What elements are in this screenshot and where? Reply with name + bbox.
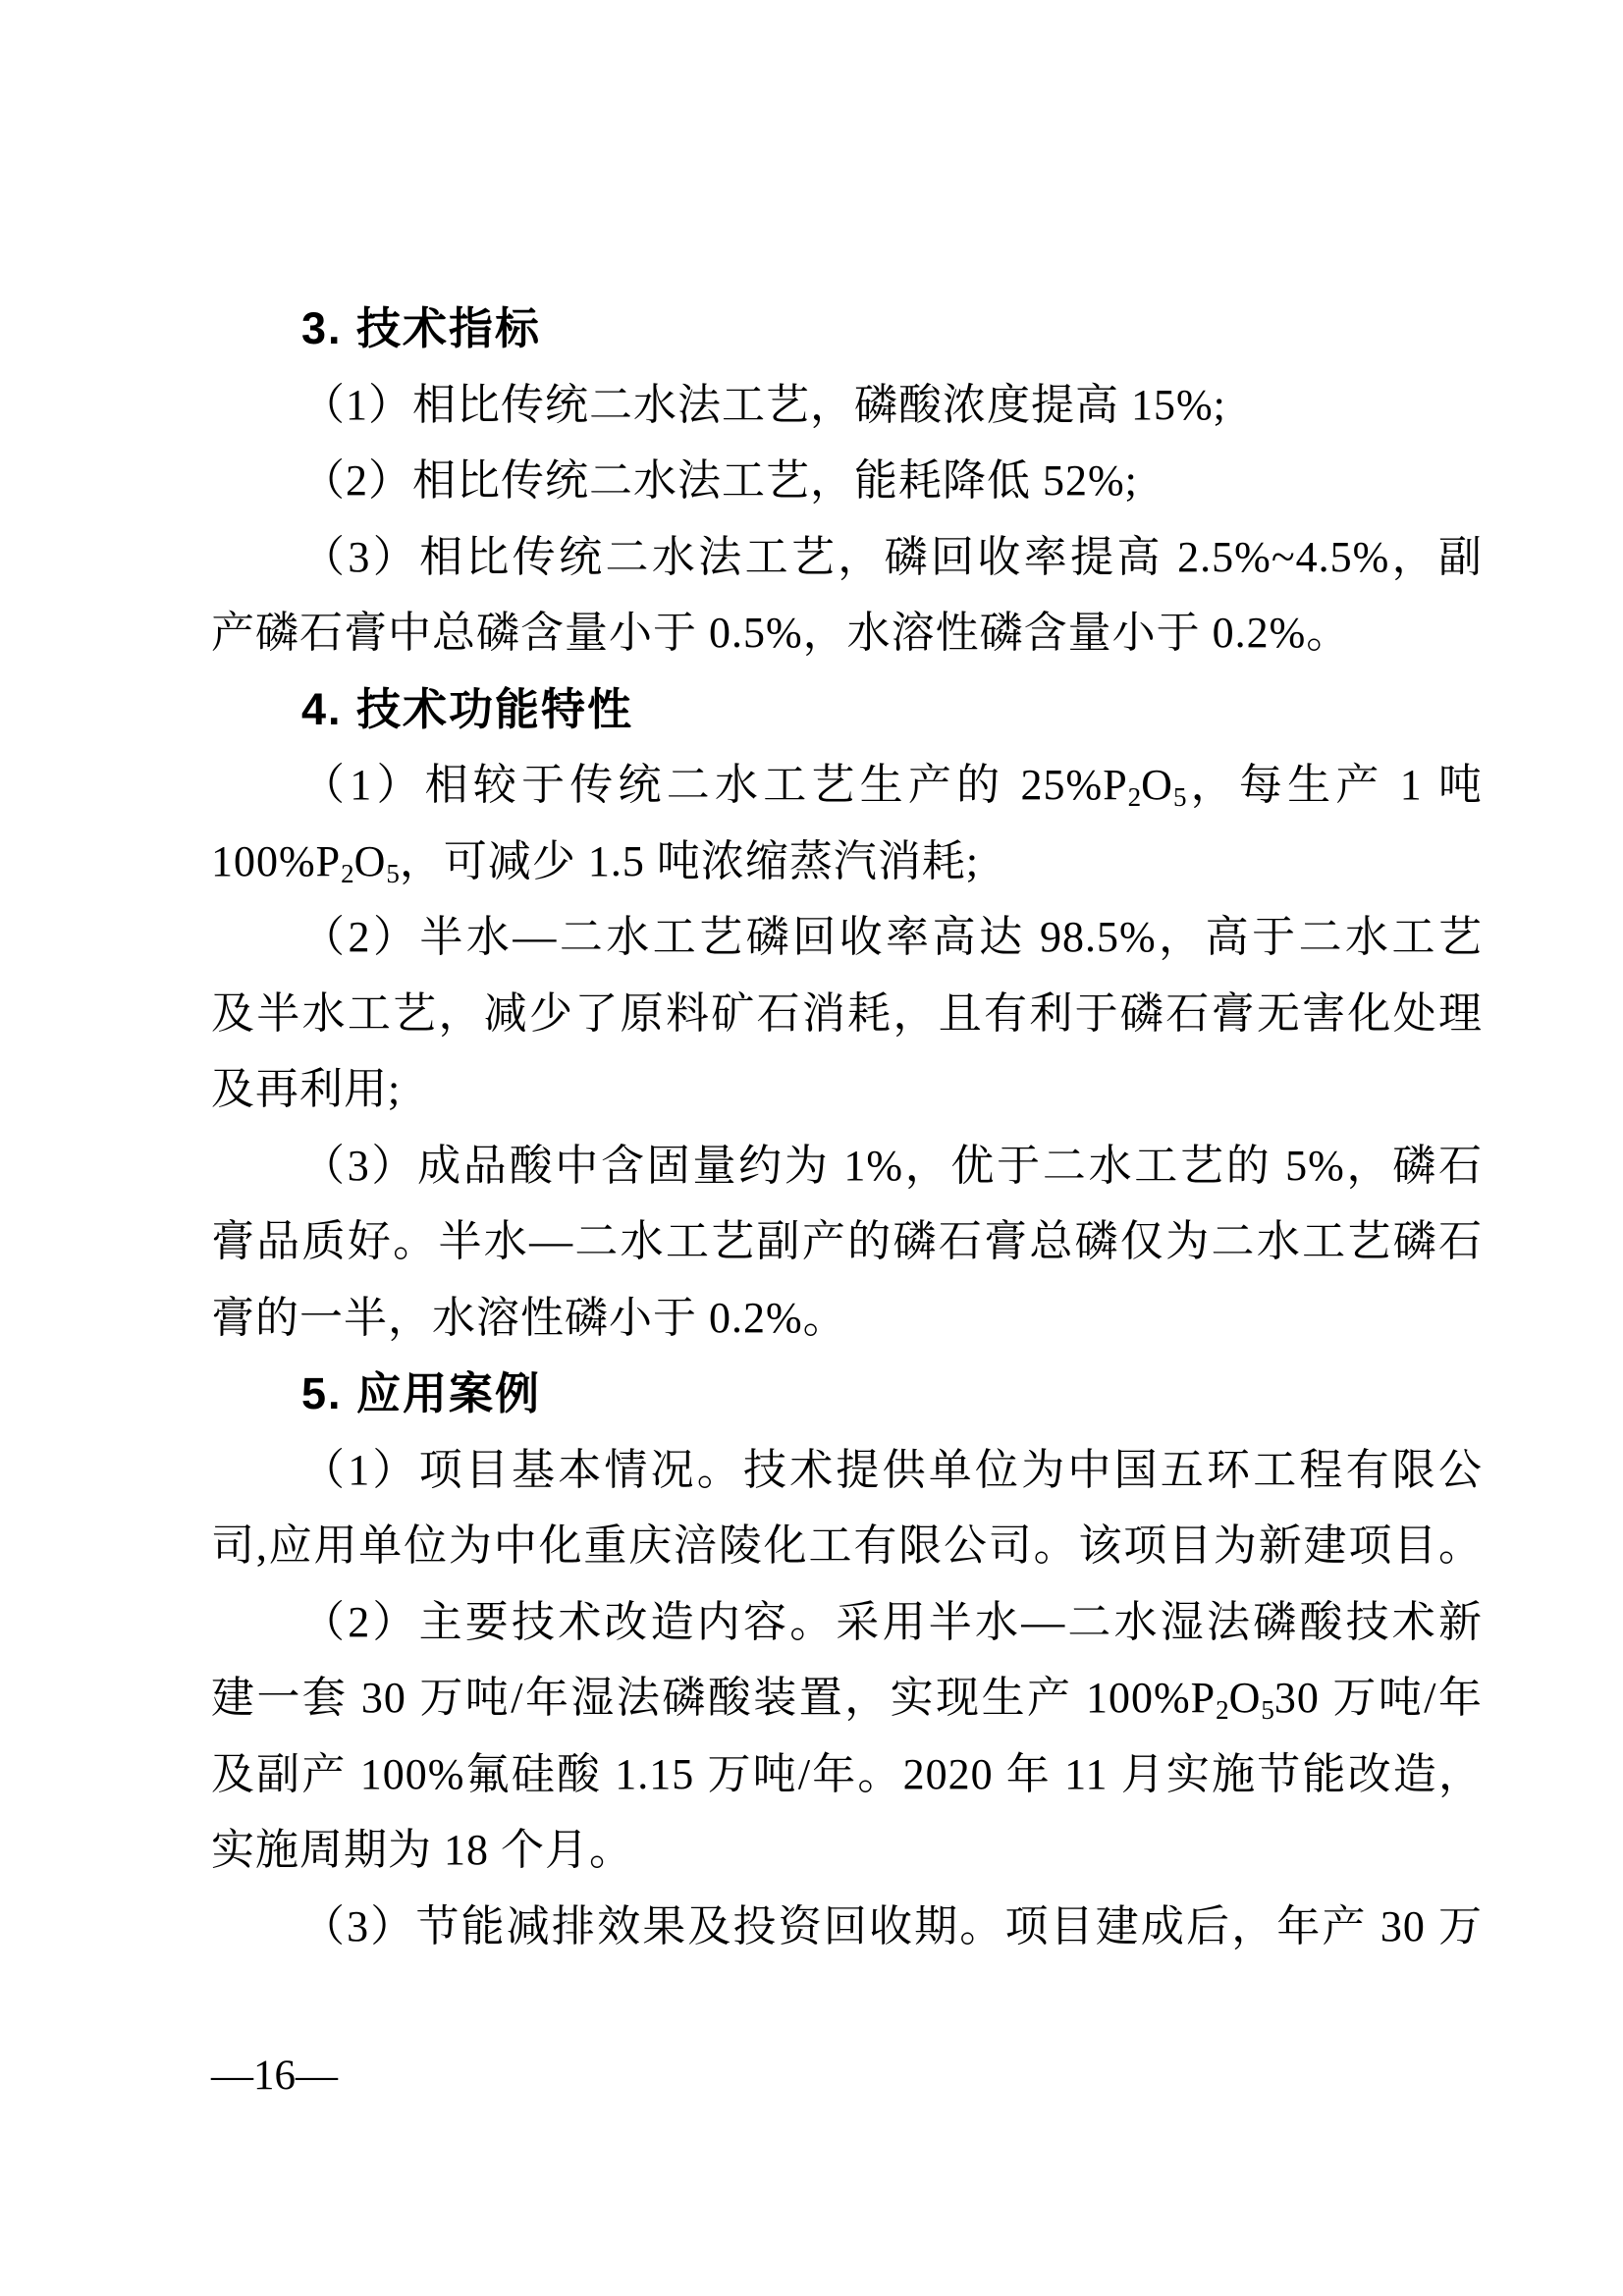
section-heading: 4. 技术功能特性 [211, 671, 1483, 748]
document-page: 3. 技术指标（1）相比传统二水法工艺，磷酸浓度提高 15%;（2）相比传统二水… [0, 0, 1623, 2296]
text-line: （2）主要技术改造内容。采用半水—二水湿法磷酸技术新 [211, 1584, 1483, 1661]
subscript: 5 [386, 859, 400, 888]
text-line: （1）相较于传统二水工艺生产的 25%P2O5，每生产 1 吨 [211, 747, 1483, 824]
text-line: 及副产 100%氟硅酸 1.15 万吨/年。2020 年 11 月实施节能改造， [211, 1736, 1483, 1813]
section-heading: 5. 应用案例 [211, 1356, 1483, 1432]
text-line: 产磷石膏中总磷含量小于 0.5%，水溶性磷含量小于 0.2%。 [211, 595, 1483, 671]
subscript: 2 [1216, 1695, 1229, 1725]
text-line: （1）项目基本情况。技术提供单位为中国五环工程有限公 [211, 1432, 1483, 1509]
text-line: （3）相比传统二水法工艺，磷回收率提高 2.5%~4.5%，副 [211, 519, 1483, 596]
text-line: 100%P2O5，可减少 1.5 吨浓缩蒸汽消耗; [211, 824, 1483, 900]
subscript: 5 [1261, 1695, 1274, 1725]
text-line: 膏品质好。半水—二水工艺副产的磷石膏总磷仅为二水工艺磷石 [211, 1203, 1483, 1280]
subscript: 5 [1173, 782, 1187, 812]
text-line: 膏的一半，水溶性磷小于 0.2%。 [211, 1280, 1483, 1357]
text-line: （3）成品酸中含固量约为 1%，优于二水工艺的 5%，磷石 [211, 1128, 1483, 1204]
page-number: —16— [211, 2051, 338, 2102]
text-line: （2）半水—二水工艺磷回收率高达 98.5%，高于二水工艺 [211, 899, 1483, 976]
document-body: 3. 技术指标（1）相比传统二水法工艺，磷酸浓度提高 15%;（2）相比传统二水… [211, 291, 1483, 1964]
text-line: （2）相比传统二水法工艺，能耗降低 52%; [211, 443, 1483, 519]
text-line: （3）节能减排效果及投资回收期。项目建成后，年产 30 万 [211, 1889, 1483, 1965]
text-line: 及再利用; [211, 1051, 1483, 1128]
subscript: 2 [1128, 782, 1142, 812]
subscript: 2 [341, 859, 354, 888]
text-line: （1）相比传统二水法工艺，磷酸浓度提高 15%; [211, 367, 1483, 444]
text-line: 司,应用单位为中化重庆涪陵化工有限公司。该项目为新建项目。 [211, 1508, 1483, 1584]
text-line: 实施周期为 18 个月。 [211, 1812, 1483, 1889]
text-line: 及半水工艺，减少了原料矿石消耗，且有利于磷石膏无害化处理 [211, 976, 1483, 1052]
section-heading: 3. 技术指标 [211, 291, 1483, 367]
text-line: 建一套 30 万吨/年湿法磷酸装置，实现生产 100%P2O530 万吨/年 [211, 1660, 1483, 1736]
